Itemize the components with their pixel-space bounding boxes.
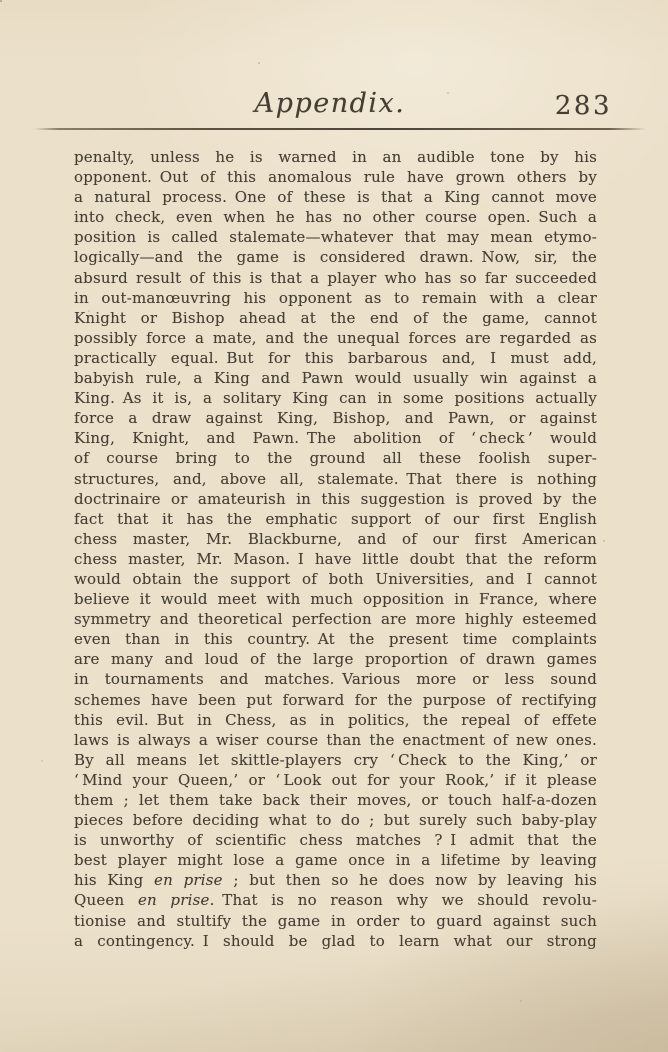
text-line: By all means let skittle-players cry ‘ C… xyxy=(74,750,597,770)
page-header: Appendix. 283 xyxy=(0,88,668,130)
text-line: King. As it is, a solitary King can in s… xyxy=(74,388,597,408)
text-line: possibly force a mate, and the unequal f… xyxy=(74,328,597,348)
text-line: even than in this country. At the presen… xyxy=(74,629,597,649)
text-line: pieces before deciding what to do ; but … xyxy=(74,810,597,830)
text-line: structures, and, above all, stalemate. T… xyxy=(74,469,597,489)
text-line: Knight or Bishop ahead at the end of the… xyxy=(74,308,597,328)
text-line: his King en prise ; but then so he does … xyxy=(74,870,597,890)
scanned-book-page: { "header": { "title": "Appendix.", "pag… xyxy=(0,0,668,1052)
text-block: penalty, unless he is warned in an audib… xyxy=(74,147,597,951)
text-line: chess master, Mr. Mason. I have little d… xyxy=(74,549,597,569)
text-line: penalty, unless he is warned in an audib… xyxy=(74,147,597,167)
text-line: tionise and stultify the game in order t… xyxy=(74,911,597,931)
text-line: logically—and the game is considered dra… xyxy=(74,247,597,267)
text-line: chess master, Mr. Blackburne, and of our… xyxy=(74,529,597,549)
text-line: best player might lose a game once in a … xyxy=(74,850,597,870)
text-line: babyish rule, a King and Pawn would usua… xyxy=(74,368,597,388)
text-line: this evil. But in Chess, as in politics,… xyxy=(74,710,597,730)
text-line: King, Knight, and Pawn. The abolition of… xyxy=(74,428,597,448)
text-line: into check, even when he has no other co… xyxy=(74,207,597,227)
text-line: in tournaments and matches. Various more… xyxy=(74,669,597,689)
text-line: practically equal. But for this barbarou… xyxy=(74,348,597,368)
text-line: ‘ Mind your Queen,’ or ‘ Look out for yo… xyxy=(74,770,597,790)
text-line: schemes have been put forward for the pu… xyxy=(74,690,597,710)
page-number: 283 xyxy=(555,91,612,121)
text-line: are many and loud of the large proportio… xyxy=(74,649,597,669)
text-line: a natural process. One of these is that … xyxy=(74,187,597,207)
text-line: a contingency. I should be glad to learn… xyxy=(74,931,597,951)
italic-phrase: en prise xyxy=(154,871,223,889)
text-line: of course bring to the ground all these … xyxy=(74,448,597,468)
text-line: in out-manœuvring his opponent as to rem… xyxy=(74,288,597,308)
text-line: would obtain the support of both Univers… xyxy=(74,569,597,589)
text-line: position is called stalemate—whatever th… xyxy=(74,227,597,247)
book-page: Appendix. 283 penalty, unless he is warn… xyxy=(0,0,668,1052)
text-line: is unworthy of scientific chess matches … xyxy=(74,830,597,850)
text-line: fact that it has the emphatic support of… xyxy=(74,509,597,529)
text-line: Queen en prise. That is no reason why we… xyxy=(74,890,597,910)
header-rule xyxy=(34,128,646,130)
text-line: opponent. Out of this anomalous rule hav… xyxy=(74,167,597,187)
text-line: believe it would meet with much oppositi… xyxy=(74,589,597,609)
text-line: symmetry and theoretical perfection are … xyxy=(74,609,597,629)
italic-phrase: en prise xyxy=(138,891,210,909)
text-line: laws is always a wiser course than the e… xyxy=(74,730,597,750)
text-line: them ; let them take back their moves, o… xyxy=(74,790,597,810)
text-line: force a draw against King, Bishop, and P… xyxy=(74,408,597,428)
text-line: doctrinaire or amateurish in this sugges… xyxy=(74,489,597,509)
text-line: absurd result of this is that a player w… xyxy=(74,268,597,288)
